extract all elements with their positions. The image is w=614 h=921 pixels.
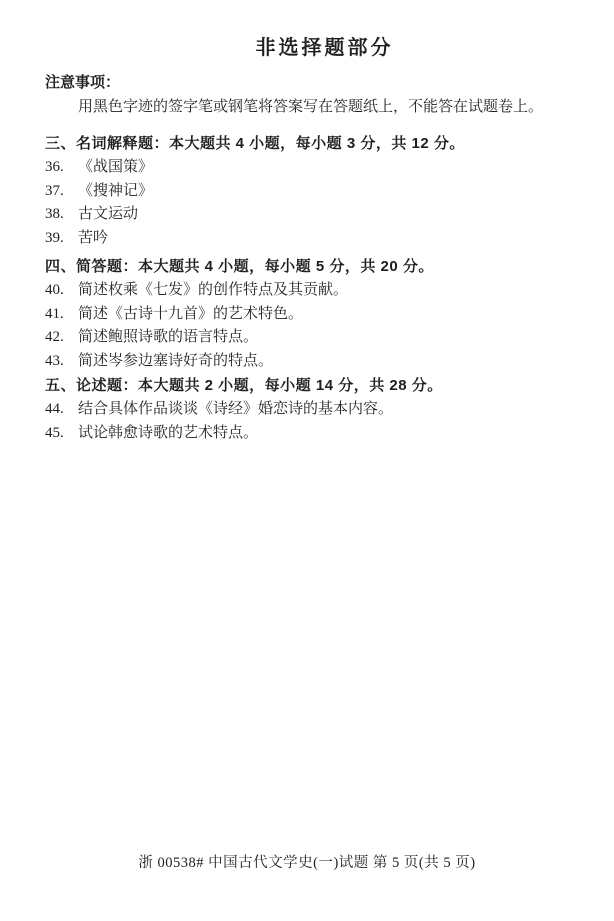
question-text: 简述《古诗十九首》的艺术特色。 [78,306,303,322]
question-40: 40.简述枚乘《七发》的创作特点及其贡献。 [45,279,594,303]
question-text: 简述枚乘《七发》的创作特点及其贡献。 [78,282,348,298]
question-43: 43.简述岑参边塞诗好奇的特点。 [45,350,594,374]
question-39: 39.苦吟 [45,227,594,251]
question-41: 41.简述《古诗十九首》的艺术特色。 [45,303,594,327]
question-38: 38.古文运动 [45,203,594,227]
question-number: 39. [45,227,71,251]
exam-paper-page: 非选择题部分 注意事项： 用黑色字迹的签字笔或钢笔将答案写在答题纸上，不能答在试… [0,0,614,921]
section-heading-4: 四、简答题：本大题共 4 小题，每小题 5 分，共 20 分。 [45,255,594,279]
question-45: 45.试论韩愈诗歌的艺术特点。 [45,422,594,446]
question-number: 41. [45,303,71,327]
question-text: 苦吟 [78,230,108,246]
question-44: 44.结合具体作品谈谈《诗经》婚恋诗的基本内容。 [45,398,594,422]
question-number: 44. [45,398,71,422]
question-number: 38. [45,203,71,227]
question-text: 试论韩愈诗歌的艺术特点。 [78,425,258,441]
question-number: 45. [45,422,71,446]
question-text: 结合具体作品谈谈《诗经》婚恋诗的基本内容。 [78,401,393,417]
question-number: 37. [45,180,71,204]
page-title: 非选择题部分 [45,31,604,60]
notice-label: 注意事项： [45,71,120,92]
question-text: 简述鲍照诗歌的语言特点。 [78,329,258,345]
question-36: 36.《战国策》 [45,156,594,180]
question-number: 42. [45,326,71,350]
section-heading-5: 五、论述题：本大题共 2 小题，每小题 14 分，共 28 分。 [45,374,594,398]
question-number: 40. [45,279,71,303]
notice-text: 用黑色字迹的签字笔或钢笔将答案写在答题纸上，不能答在试题卷上。 [78,95,543,116]
question-42: 42.简述鲍照诗歌的语言特点。 [45,326,594,350]
question-37: 37.《搜神记》 [45,180,594,204]
questions-area: 三、名词解释题：本大题共 4 小题，每小题 3 分，共 12 分。 36.《战国… [45,132,594,445]
question-number: 43. [45,350,71,374]
question-text: 《战国策》 [78,159,153,175]
question-text: 《搜神记》 [78,183,153,199]
question-number: 36. [45,156,71,180]
question-text: 简述岑参边塞诗好奇的特点。 [78,353,273,369]
question-text: 古文运动 [78,206,138,222]
page-footer: 浙 00538# 中国古代文学史(一)试题 第 5 页(共 5 页) [0,851,614,872]
section-heading-3: 三、名词解释题：本大题共 4 小题，每小题 3 分，共 12 分。 [45,132,594,156]
